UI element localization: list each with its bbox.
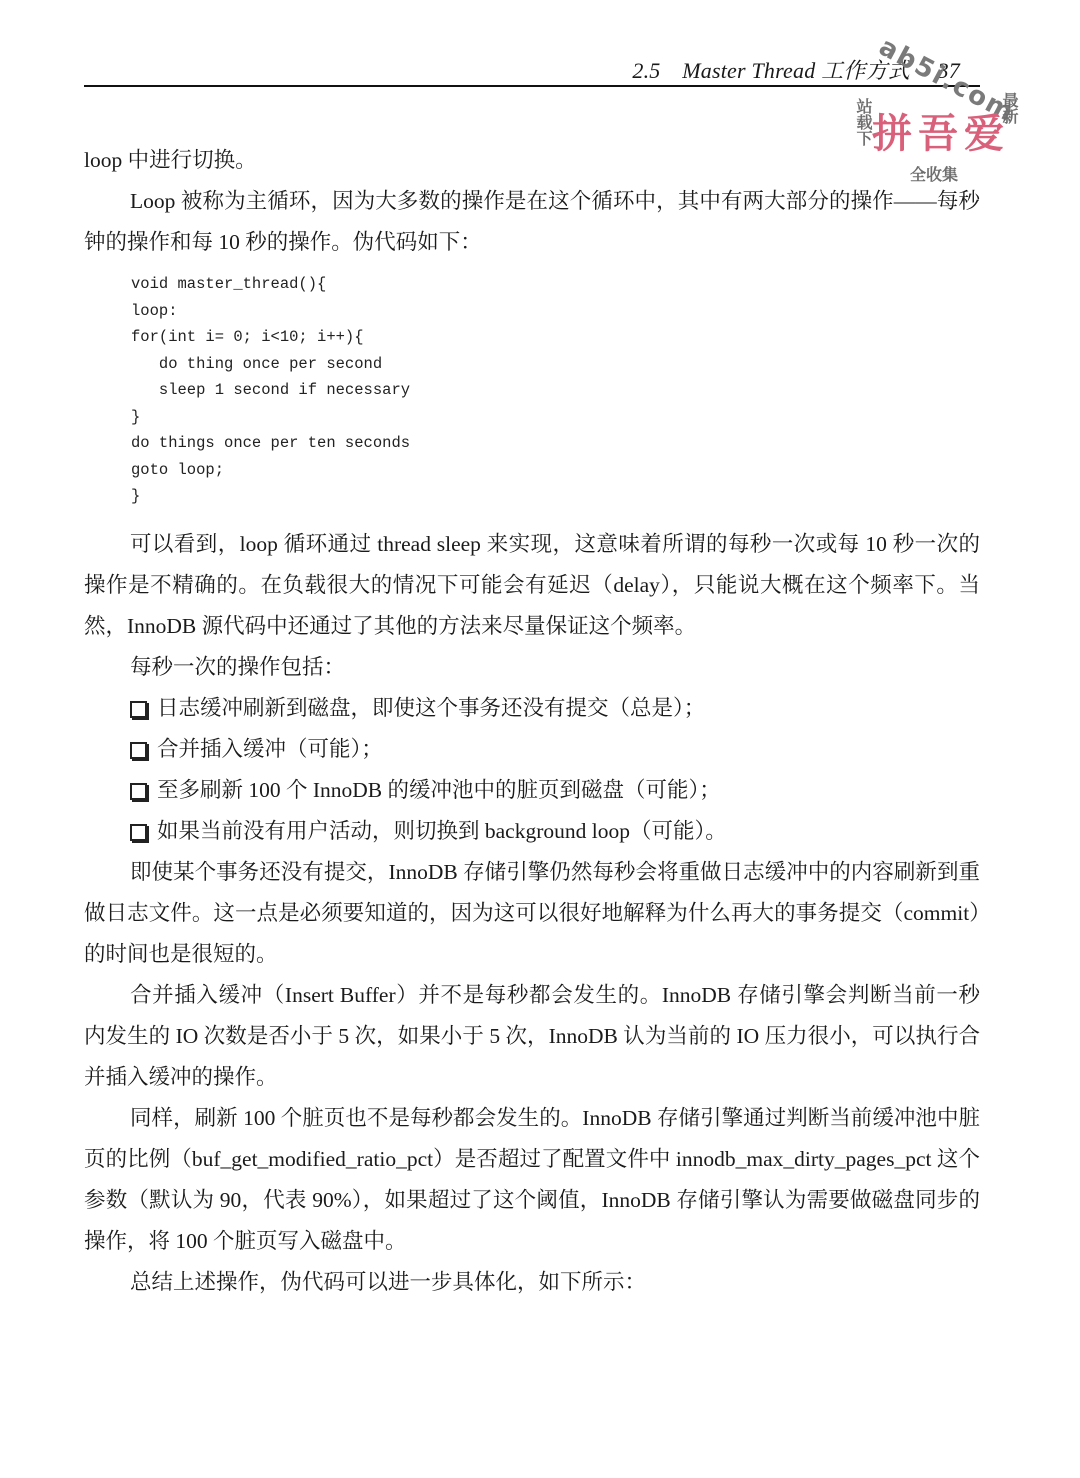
paragraph: 可以看到，loop 循环通过 thread sleep 来实现，这意味着所谓的每… (84, 524, 980, 647)
code-line: do things once per ten seconds (131, 430, 980, 457)
code-line: loop: (131, 298, 980, 325)
paragraph: Loop 被称为主循环，因为大多数的操作是在这个循环中，其中有两大部分的操作——… (84, 181, 980, 263)
checkbox-bullet-icon (130, 701, 147, 718)
checkbox-bullet-icon (130, 742, 147, 759)
watermark-arc-left: 站载下 (852, 98, 875, 146)
code-line: } (131, 404, 980, 431)
code-line: for(int i= 0; i<10; i++){ (131, 324, 980, 351)
page-body: loop 中进行切换。 Loop 被称为主循环，因为大多数的操作是在这个循环中，… (84, 140, 980, 1303)
checkbox-bullet-icon (130, 783, 147, 800)
running-header: 2.5 Master Thread 工作方式 37 (632, 54, 960, 85)
paragraph: 同样，刷新 100 个脏页也不是每秒都会发生的。InnoDB 存储引擎通过判断当… (84, 1098, 980, 1262)
paragraph: 合并插入缓冲（Insert Buffer）并不是每秒都会发生的。InnoDB 存… (84, 975, 980, 1098)
code-block: void master_thread(){loop:for(int i= 0; … (131, 271, 980, 510)
paragraph: 总结上述操作，伪代码可以进一步具体化，如下所示： (84, 1262, 980, 1303)
bullet-item: 如果当前没有用户活动，则切换到 background loop（可能）。 (84, 811, 980, 852)
bullet-item: 合并插入缓冲（可能）； (84, 729, 980, 770)
checkbox-bullet-icon (130, 824, 147, 841)
watermark-arc-right: 最新 (998, 92, 1021, 124)
page-number: 37 (938, 58, 960, 83)
code-line: goto loop; (131, 457, 980, 484)
section-number: 2.5 (632, 58, 660, 83)
bullet-text: 如果当前没有用户活动，则切换到 background loop（可能）。 (157, 811, 727, 852)
bullet-text: 日志缓冲刷新到磁盘，即使这个事务还没有提交（总是）； (157, 688, 705, 729)
code-line: sleep 1 second if necessary (131, 377, 980, 404)
bullet-text: 合并插入缓冲（可能）； (157, 729, 383, 770)
bullet-item: 日志缓冲刷新到磁盘，即使这个事务还没有提交（总是）； (84, 688, 980, 729)
section-title: Master Thread 工作方式 (682, 58, 910, 83)
bullet-item: 至多刷新 100 个 InnoDB 的缓冲池中的脏页到磁盘（可能）； (84, 770, 980, 811)
paragraph: 每秒一次的操作包括： (84, 647, 980, 688)
header-rule (84, 85, 980, 87)
bullet-text: 至多刷新 100 个 InnoDB 的缓冲池中的脏页到磁盘（可能）； (157, 770, 721, 811)
code-line: } (131, 483, 980, 510)
paragraph: loop 中进行切换。 (84, 140, 980, 181)
code-line: void master_thread(){ (131, 271, 980, 298)
paragraph: 即使某个事务还没有提交，InnoDB 存储引擎仍然每秒会将重做日志缓冲中的内容刷… (84, 852, 980, 975)
code-line: do thing once per second (131, 351, 980, 378)
